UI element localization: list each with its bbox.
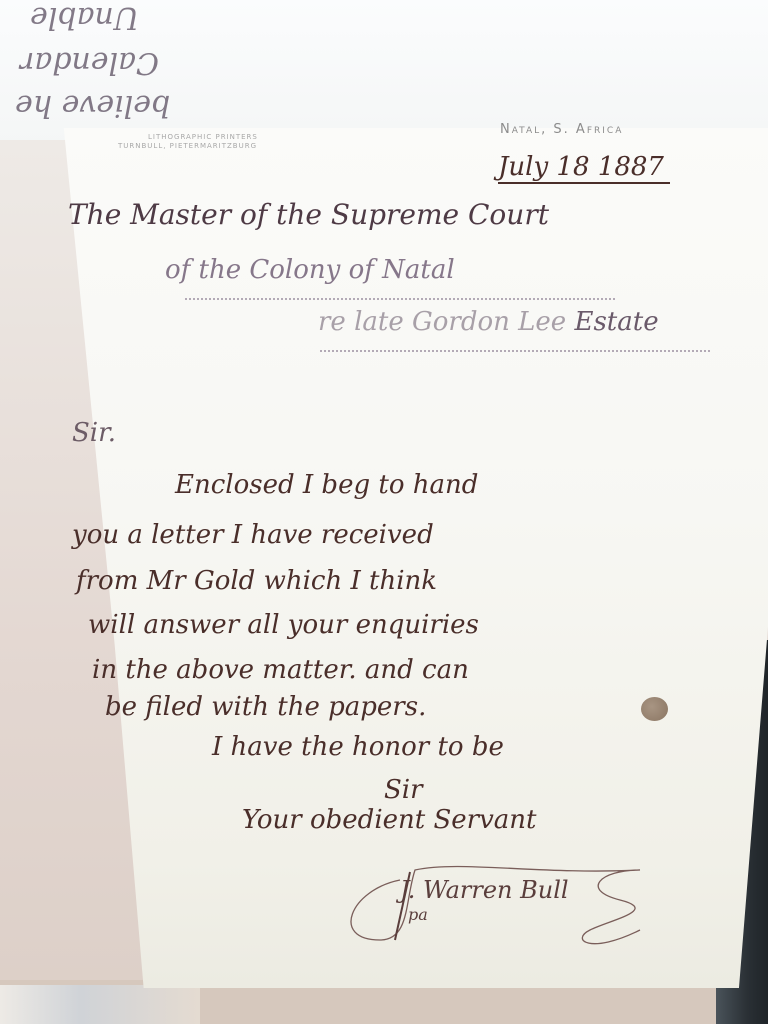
body-line: in the above matter. and can [92,655,469,685]
addressee-subject: re late Gordon Lee [318,307,566,337]
body-line: you a letter I have received [72,520,434,550]
reverse-text-line: Calendar [20,45,159,80]
letterhead-printer-name: Turnbull, Pietermaritzburg [118,142,258,151]
folded-paper-edge [0,985,200,1024]
closing-sir: Sir [384,775,423,805]
addressee-line-2: of the Colony of Natal [165,255,455,285]
body-line: will answer all your enquiries [88,610,479,640]
dotted-underline [185,298,615,300]
letterhead-place: Natal, S. Africa [500,122,623,137]
stain-spot [641,697,668,721]
signature-flourish-icon [340,860,660,960]
addressee-estate: Estate [574,307,658,337]
reverse-text-line: Unable [30,0,139,35]
addressee-line-1: The Master of the Supreme Court [68,198,549,231]
closing-servant: Your obedient Servant [242,805,537,835]
addressee-line-3: re late Gordon Lee Estate [318,307,659,337]
signature-name: J. Warren Bull [400,876,569,904]
dotted-underline [320,350,710,352]
body-line: Enclosed I beg to hand [175,470,478,500]
body-line: from Mr Gold which I think [76,566,437,596]
closing-line: I have the honor to be [212,732,504,762]
letter-date: July 18 1887 [498,152,670,184]
body-line: be filed with the papers. [105,692,426,722]
signature-per: pa [408,905,428,924]
letterhead-printer-line: Lithographic Printers [118,133,258,142]
reverse-text-line: believe he [15,88,170,123]
salutation: Sir. [72,418,116,448]
letterhead-printer: Lithographic Printers Turnbull, Pieterma… [118,133,258,151]
